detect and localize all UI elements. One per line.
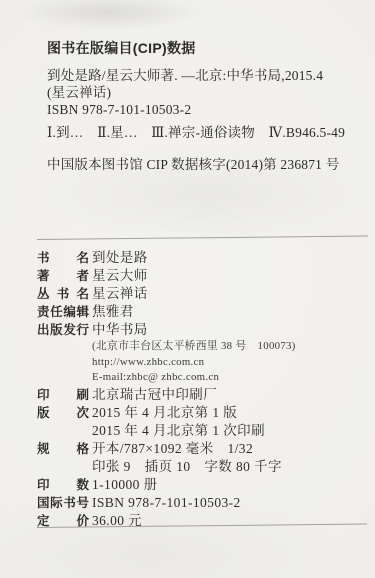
colophon-row-values: 中华书局(北京市丰台区太平桥西里 38 号 100073)http://www.… [92, 321, 367, 386]
colophon-row: 出版发行中华书局(北京市丰台区太平桥西里 38 号 100073)http://… [37, 321, 367, 386]
colophon-row: 书名到处是路 [37, 249, 367, 267]
cip-description-line: (星云禅话) [47, 84, 347, 101]
colophon-row: 印数1-10000 册 [37, 476, 367, 494]
colophon-value-line: 中华书局 [92, 321, 367, 339]
colophon-value-line: 星云大师 [92, 267, 367, 285]
cip-description-line: 到处是路/星云大师著. —北京:中华书局,2015.4 [47, 67, 347, 84]
colophon-row-values: 1-10000 册 [92, 476, 367, 494]
colophon-row: 印刷北京瑞古冠中印刷厂 [37, 386, 367, 404]
colophon-row-label: 书名 [37, 249, 89, 267]
colophon-row-values: 北京瑞古冠中印刷厂 [92, 386, 367, 404]
colophon-value-line: 到处是路 [92, 249, 367, 267]
colophon-row: 著者星云大师 [37, 267, 367, 285]
cip-classification: Ⅰ.到… Ⅱ.星… Ⅲ.禅宗-通俗读物 Ⅳ.B946.5-49 [47, 121, 367, 141]
colophon-row-label: 印刷 [37, 386, 89, 404]
colophon-row-label: 丛书名 [37, 285, 89, 303]
colophon-row-label: 著者 [37, 267, 89, 285]
colophon-value-line: 北京瑞古冠中印刷厂 [92, 386, 367, 404]
colophon-row: 责任编辑焦雅君 [37, 303, 367, 321]
colophon-value-line: 焦雅君 [92, 303, 367, 321]
colophon-row: 丛书名星云禅话 [37, 285, 367, 303]
colophon-value-line: http://www.zhbc.com.cn [92, 355, 367, 371]
colophon-value-line: 1-10000 册 [92, 476, 367, 494]
colophon-value-line: 印张 9 插页 10 字数 80 千字 [92, 458, 367, 476]
colophon-row-values: 星云禅话 [92, 285, 367, 303]
cip-heading: 图书在版编目(CIP)数据 [47, 38, 196, 58]
colophon-row-values: 到处是路 [92, 249, 367, 267]
colophon-row-label: 责任编辑 [37, 303, 89, 321]
colophon-value-line: 2015 年 4 月北京第 1 版 [92, 404, 367, 422]
colophon-row-values: ISBN 978-7-101-10503-2 [92, 494, 367, 512]
colophon-value-line: 开本/787×1092 毫米 1/32 [92, 440, 367, 458]
colophon-value-line: 2015 年 4 月北京第 1 次印刷 [92, 422, 367, 440]
colophon-row-label: 规格 [37, 440, 89, 458]
colophon-row: 国际书号ISBN 978-7-101-10503-2 [37, 494, 367, 512]
colophon-value-line: (北京市丰台区太平桥西里 38 号 100073) [92, 339, 367, 355]
cip-description-line: ISBN 978-7-101-10503-2 [47, 101, 347, 118]
colophon-row-values: 2015 年 4 月北京第 1 版2015 年 4 月北京第 1 次印刷 [92, 404, 367, 440]
cip-record-number: 中国版本图书馆 CIP 数据核字(2014)第 236871 号 [47, 153, 367, 173]
cip-description: 到处是路/星云大师著. —北京:中华书局,2015.4 (星云禅话) ISBN … [47, 67, 347, 118]
colophon-row: 版次2015 年 4 月北京第 1 版2015 年 4 月北京第 1 次印刷 [37, 404, 367, 440]
colophon-row-label: 国际书号 [37, 494, 89, 512]
book-copyright-page: 图书在版编目(CIP)数据 到处是路/星云大师著. —北京:中华书局,2015.… [0, 0, 375, 578]
colophon-value-line: ISBN 978-7-101-10503-2 [92, 494, 367, 512]
colophon-row-values: 焦雅君 [92, 303, 367, 321]
divider-top [37, 236, 368, 240]
colophon-row-values: 星云大师 [92, 267, 367, 285]
colophon-value-line: E-mail:zhbc@ zhbc.com.cn [92, 370, 367, 386]
colophon-row: 规格开本/787×1092 毫米 1/32印张 9 插页 10 字数 80 千字 [37, 440, 367, 476]
colophon-row-values: 开本/787×1092 毫米 1/32印张 9 插页 10 字数 80 千字 [92, 440, 367, 476]
colophon-row-label: 印数 [37, 476, 89, 494]
colophon-row-label: 出版发行 [37, 321, 89, 339]
colophon-row-label: 版次 [37, 404, 89, 422]
colophon-rows: 书名到处是路著者星云大师丛书名星云禅话责任编辑焦雅君出版发行中华书局(北京市丰台… [37, 249, 367, 530]
colophon-value-line: 星云禅话 [92, 285, 367, 303]
